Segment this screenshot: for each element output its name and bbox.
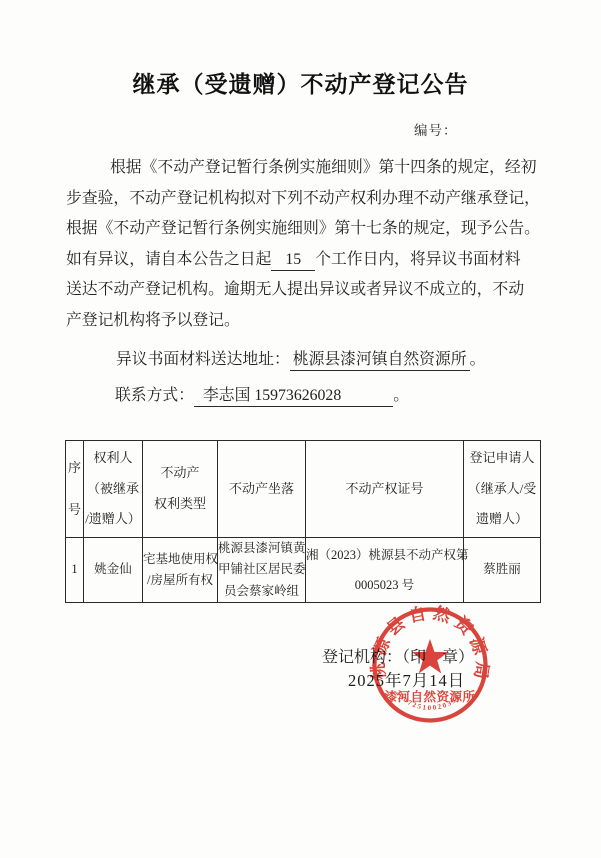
body-line: 步查验，不动产登记机构拟对下列不动产权利办理不动产继承登记， xyxy=(66,184,544,215)
body-line: 送达不动产登记机构。逾期无人提出异议或者异议不成立的，不动 xyxy=(66,275,544,306)
property-table: 序 号 权利人 （被继承 /遗赠人） 不动产 权利类型 不动产坐落 不动产权证号… xyxy=(65,440,541,603)
doc-number-label: 编号： xyxy=(414,119,458,139)
seal-star-icon xyxy=(412,639,448,673)
header-rightholder: 权利人 （被继承 /遗赠人） xyxy=(84,441,143,538)
body-line-deadline: 如有异议，请自本公告之日起15个工作日内，将异议书面材料 xyxy=(66,245,544,276)
body-line: 根据《不动产登记暂行条例实施细则》第十七条的规定，现予公告。 xyxy=(66,214,544,245)
notice-document: 继承（受遗赠）不动产登记公告 编号： 根据《不动产登记暂行条例实施细则》第十四条… xyxy=(0,0,601,858)
header-location: 不动产坐落 xyxy=(218,441,306,538)
objection-address-line: 异议书面材料送达地址：桃源县漆河镇自然资源所。 xyxy=(66,345,544,375)
cell-rightholder: 姚金仙 xyxy=(84,538,143,603)
cell-seq: 1 xyxy=(66,538,84,603)
header-seq: 序 号 xyxy=(66,441,84,538)
official-seal-stamp: 桃源县自然资源局 漆河自然资源所 43072510020358 xyxy=(360,595,500,735)
page-title: 继承（受遗赠）不动产登记公告 xyxy=(0,66,601,99)
header-cert-no: 不动产权证号 xyxy=(306,441,464,538)
body-line: 根据《不动产登记暂行条例实施细则》第十四条的规定，经初 xyxy=(66,153,544,184)
cell-location: 桃源县漆河镇黄 甲铺社区居民委 员会蔡家岭组 xyxy=(218,538,306,603)
table-row: 1 姚金仙 宅基地使用权 /房屋所有权 桃源县漆河镇黄 甲铺社区居民委 员会蔡家… xyxy=(66,538,541,603)
address-label: 异议书面材料送达地址： xyxy=(116,351,290,368)
notice-body: 根据《不动产登记暂行条例实施细则》第十四条的规定，经初 步查验，不动产登记机构拟… xyxy=(66,153,544,411)
body-line: 产登记机构将予以登记。 xyxy=(66,306,544,337)
contact-period: 。 xyxy=(393,387,409,404)
cell-cert-no: 湘（2023）桃源县不动产权第 0005023 号 xyxy=(306,538,464,603)
contact-value-blank: 李志国 15973626028 xyxy=(194,387,393,407)
contact-label: 联系方式： xyxy=(115,387,194,404)
address-value-blank: 桃源县漆河镇自然资源所 xyxy=(290,351,470,371)
contact-line: 联系方式：李志国 15973626028。 xyxy=(66,381,544,411)
deadline-suffix: 个工作日内，将异议书面材料 xyxy=(315,251,520,268)
address-period: 。 xyxy=(470,351,486,368)
cell-right-type: 宅基地使用权 /房屋所有权 xyxy=(143,538,218,603)
header-right-type: 不动产 权利类型 xyxy=(143,441,218,538)
table-header-row: 序 号 权利人 （被继承 /遗赠人） 不动产 权利类型 不动产坐落 不动产权证号… xyxy=(66,441,541,538)
deadline-days-blank: 15 xyxy=(271,251,315,271)
header-applicant: 登记申请人 （继承人/受 遗赠人） xyxy=(464,441,541,538)
cell-applicant: 蔡胜丽 xyxy=(464,538,541,603)
deadline-prefix: 如有异议，请自本公告之日起 xyxy=(66,251,271,268)
